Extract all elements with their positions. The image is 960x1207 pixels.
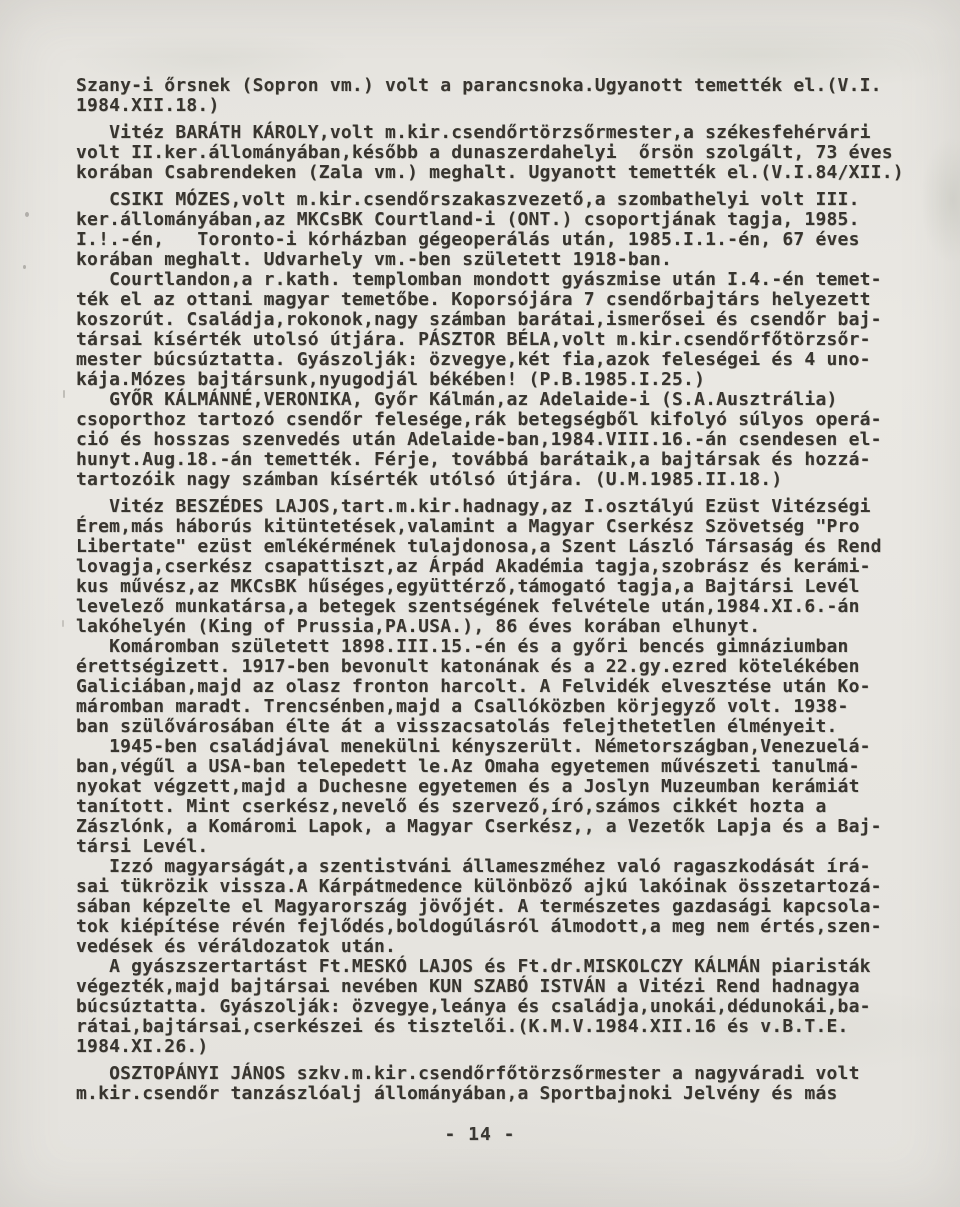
text-line: korában Csabrendeken (Zala vm.) meghalt.…: [76, 163, 904, 183]
text-line: mester búcsúztatta. Gyászolják: özvegye,…: [76, 350, 904, 370]
text-line: CSIKI MÓZES,volt m.kir.csendőrszakaszvez…: [76, 190, 904, 210]
text-line: végezték,majd bajtársai nevében KUN SZAB…: [76, 977, 904, 997]
text-line: sában képzelte el Magyarország jövőjét. …: [76, 897, 904, 917]
text-line: levelező munkatársa,a betegek szentségén…: [76, 597, 904, 617]
text-line: Libertate" ezüst emlékérmének tulajdonos…: [76, 537, 904, 557]
text-line: GYŐR KÁLMÁNNÉ,VERONIKA, Győr Kálmán,az A…: [76, 390, 904, 410]
text-line: tanított. Mint cserkész,nevelő és szerve…: [76, 797, 904, 817]
text-line: Komáromban született 1898.III.15.-én és …: [76, 637, 904, 657]
text-line: Galiciában,majd az olasz fronton harcolt…: [76, 677, 904, 697]
text-line: sai tükrözik vissza.A Kárpátmedence külö…: [76, 877, 904, 897]
text-line: Érem,más háborús kitüntetések,valamint a…: [76, 517, 904, 537]
margin-pencil-mark: [63, 390, 65, 398]
text-line: vedések és véráldozatok után.: [76, 937, 904, 957]
text-line: ker.állományában,az MKCsBK Courtland-i (…: [76, 210, 904, 230]
text-line: Zászlónk, a Komáromi Lapok, a Magyar Cse…: [76, 817, 904, 837]
text-line: volt II.ker.állományában,később a dunasz…: [76, 143, 904, 163]
text-line: csoporthoz tartozó csendőr felesége,rák …: [76, 410, 904, 430]
text-line: érettségizett. 1917-ben bevonult katonán…: [76, 657, 904, 677]
text-line: társai kísérték utolsó útjára. PÁSZTOR B…: [76, 330, 904, 350]
text-line: Vitéz BARÁTH KÁROLY,volt m.kir.csendőrtö…: [76, 123, 904, 143]
text-line: ban szülővárosában élte át a visszacsato…: [76, 717, 904, 737]
text-line: lakóhelyén (King of Prussia,PA.USA.), 86…: [76, 617, 904, 637]
text-line: Courtlandon,a r.kath. templomban mondott…: [76, 270, 904, 290]
text-line: koszorút. Családja,rokonok,nagy számban …: [76, 310, 904, 330]
text-line: nyokat végzett,majd a Duchesne egyetemen…: [76, 777, 904, 797]
text-line: 1984.XI.26.): [76, 1037, 904, 1057]
document-text-block: Szany-i őrsnek (Sopron vm.) volt a paran…: [76, 76, 904, 1104]
text-line: rátai,bajtársai,cserkészei és tisztelői.…: [76, 1017, 904, 1037]
scanned-document-page: { "page": { "paper_color": "#e8e6e1", "i…: [0, 0, 960, 1207]
page-number: - 14 -: [0, 1124, 960, 1145]
text-line: búcsúztatta. Gyászolják: özvegye,leánya …: [76, 997, 904, 1017]
text-line: kája.Mózes bajtársunk,nyugodjál békében!…: [76, 370, 904, 390]
text-line: ban,végűl a USA-ban telepedett le.Az Oma…: [76, 757, 904, 777]
margin-pencil-mark: [62, 620, 64, 627]
text-line: Vitéz BESZÉDES LAJOS,tart.m.kir.hadnagy,…: [76, 497, 904, 517]
text-line: Szany-i őrsnek (Sopron vm.) volt a paran…: [76, 76, 904, 96]
text-line: máromban maradt. Trencsénben,majd a Csal…: [76, 697, 904, 717]
text-line: OSZTOPÁNYI JÁNOS szkv.m.kir.csendőrfőtör…: [76, 1064, 904, 1084]
text-line: korában meghalt. Udvarhely vm.-ben szüle…: [76, 250, 904, 270]
margin-pencil-mark: [23, 265, 26, 269]
text-line: m.kir.csendőr tanzászlóalj állományában,…: [76, 1084, 904, 1104]
text-line: tok kiépítése révén fejlődés,boldogúlásr…: [76, 917, 904, 937]
text-line: tartozóik nagy számban kísérték utólsó ú…: [76, 470, 904, 490]
text-line: 1984.XII.18.): [76, 96, 904, 116]
text-line: társi Levél.: [76, 837, 904, 857]
text-line: Izzó magyarságát,a szentistváni államesz…: [76, 857, 904, 877]
text-line: ció és hosszas szenvedés után Adelaide-b…: [76, 430, 904, 450]
text-line: hunyt.Aug.18.-án temették. Férje, tovább…: [76, 450, 904, 470]
text-line: kus művész,az MKCsBK hűséges,együttérző,…: [76, 577, 904, 597]
text-line: lovagja,cserkész csapattiszt,az Árpád Ak…: [76, 557, 904, 577]
text-line: 1945-ben családjával menekülni kényszerü…: [76, 737, 904, 757]
margin-pencil-mark: [25, 212, 29, 217]
text-line: I.!.-én, Toronto-i kórházban gégeoperálá…: [76, 230, 904, 250]
text-line: A gyászszertartást Ft.MESKÓ LAJOS és Ft.…: [76, 957, 904, 977]
text-line: ték el az ottani magyar temetőbe. Kopors…: [76, 290, 904, 310]
